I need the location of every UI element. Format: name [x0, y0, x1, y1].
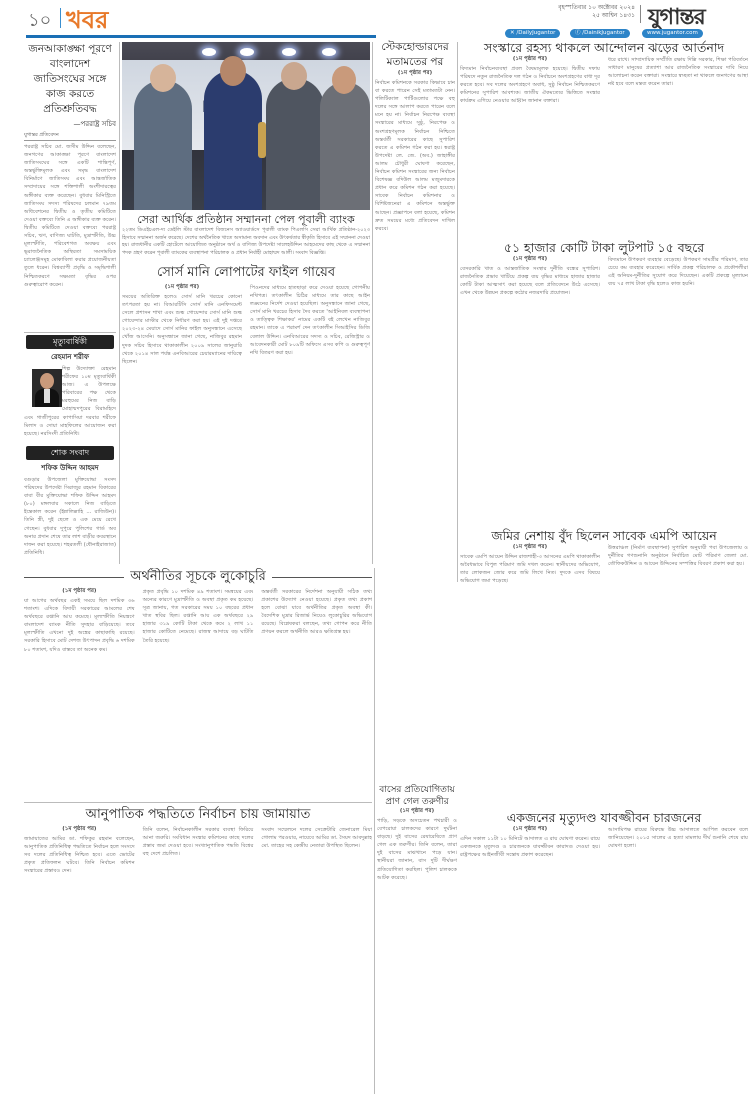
date-bengali: ২৫ আশ্বিন ১৪৩১ [535, 12, 635, 20]
masthead-rule [26, 35, 376, 38]
date-gregorian: বৃহস্পতিবার ১০ অক্টোবর ২০২৪ [535, 4, 635, 12]
article-bus-accident: বাসের প্রতিযোগিতায় প্রাণ গেল তরুণীর (১ম… [377, 784, 457, 924]
byline: যুগান্তর প্রতিবেদন [24, 132, 116, 141]
article-body-col2: ধরে রাখে। সাম্প্রদায়িক সম্প্রীতি রক্ষায… [608, 56, 748, 88]
obituary-name: রেহমান শরীফ [24, 351, 116, 363]
continued-label: (১ম পৃষ্ঠার পর) [24, 588, 135, 596]
continued-label: (১ম পৃষ্ঠার পর) [375, 70, 455, 78]
condolence-label: শোক সংবাদ [26, 446, 114, 460]
condolence-box: শোক সংবাদ শফিক উদ্দিন আহমদ বগুড়ার উপজেল… [24, 446, 116, 562]
article-body: পাড়ি, সড়কে অসচেতন পথচারী ও বেপরোয়া চা… [377, 817, 457, 882]
headline: আনুপাতিক পদ্ধতিতে নির্বাচন চায় জামায়াত [24, 806, 372, 824]
obituary-box: মৃত্যুবার্ষিকী রেহমান শরীফ শিল্প উদ্যোক্… [24, 335, 116, 440]
article-body-col1: সময়ের অতিরিক্ত হলেও সোর্স মানি খরচের কো… [122, 293, 242, 366]
caption-headline: সেরা আর্থিক প্রতিষ্ঠান সম্মাননা পেল পূবা… [122, 212, 370, 227]
article-body: পররাষ্ট্র সচিব মো. জসীম উদ্দিন বলেছেন, জ… [24, 143, 116, 289]
headline: অর্থনীতির সূচকে লুকোচুরি [130, 568, 266, 586]
condolence-body: বগুড়ার উপজেলা মুক্তিযোদ্ধা সংসদ পরিষদের… [24, 476, 116, 557]
article-body-col1: বিদ্যমান নির্বাচনব্যবস্থা প্রবল বৈষম্যমূ… [460, 65, 600, 105]
headline: জমির নেশায় বুঁদ ছিলেন সাবেক এমপি আয়েন [460, 528, 748, 544]
article-body-col2: আসামিপক্ষ রায়ের বিরুদ্ধে উচ্চ আদালতে আপ… [608, 826, 748, 850]
article-body-col2: প্রকৃত প্রবৃদ্ধি ১০ দশমিক ৪৯ শতাংশ। সমন্… [143, 588, 254, 645]
article-body-col1: সাবেক এমপি আয়েন উদ্দিন রাজশাহী-৩ আসনের … [460, 553, 600, 585]
continued-label: (১ম পৃষ্ঠার পর) [460, 256, 600, 264]
date-block: বৃহস্পতিবার ১০ অক্টোবর ২০২৪ ২৫ আশ্বিন ১৪… [535, 4, 635, 20]
continued-label: (১ম পৃষ্ঠার পর) [460, 826, 600, 834]
headline: বাসের প্রতিযোগিতায় প্রাণ গেল তরুণীর [377, 784, 457, 808]
article-life-sentence: একজনের মৃত্যুদণ্ড যাবজ্জীবন চারজনের (১ম … [460, 810, 748, 1094]
column-divider [457, 42, 458, 582]
article-source-money: সোর্স মানি লোপাটের ফাইল গায়েব (১ম পৃষ্ঠ… [122, 264, 370, 560]
photo-caption: সেরা আর্থিক প্রতিষ্ঠান সম্মাননা পেল পূবা… [122, 212, 370, 262]
headline: স্টেকহোল্ডারদের মতামতের পর [375, 40, 455, 70]
condolence-name: শফিক উদ্দিন আহমদ [24, 462, 116, 474]
masthead: ১০ খবর বৃহস্পতিবার ১০ অক্টোবর ২০২৪ ২৫ আশ… [0, 0, 748, 38]
obituary-label: মৃত্যুবার্ষিকী [26, 335, 114, 349]
article-body-col2: পিওনদের মাধ্যমে হাতছাড়া করে দেওয়া হয়ে… [250, 284, 370, 357]
article-body-col1: এদিন সকাল ১১টা ১০ মিনিটে আদালত এ রায় ঘো… [460, 835, 600, 859]
article-body-col1: বেসরকারি খাত ও আন্তর্জাতিক সংস্থার দুর্ন… [460, 265, 600, 297]
article-body-col2: তিনি বলেন, নির্বাচনকালীন সরকার ব্যবস্থা … [143, 826, 254, 858]
article-body-col1: যা আগের অর্থবছর একই সময়ে ছিল দশমিক ৩৬ শ… [24, 597, 135, 654]
caption-body: ২২তম ডিএইচএল-দ্য ডেইলি স্টার বাংলাদেশ বি… [122, 227, 370, 257]
divider [24, 332, 116, 333]
article-former-mp: জমির নেশায় বুঁদ ছিলেন সাবেক এমপি আয়েন … [460, 528, 748, 808]
article-body-col1: জামায়াতের আমির ডা. শফিকুর রহমান বলেছেন,… [24, 835, 135, 875]
page-number: ১০ [28, 6, 51, 37]
article-body-col3: অন্তর্বর্তী সরকারের নির্দেশনা অনুযায়ী স… [261, 588, 372, 637]
article-foreign-secretary: জনআকাঙ্ক্ষা পূরণে বাংলাদেশ জাতিসংঘের সঙ্… [24, 42, 116, 330]
award-photo: BANG [122, 42, 370, 210]
column-divider [119, 42, 120, 564]
continued-label: (১ম পৃষ্ঠার পর) [377, 808, 457, 816]
article-body-col2: উত্তরাঞ্চল (নির্মাণ ব্যবস্থাপনা) সুপারিশ… [608, 544, 748, 568]
portrait-photo [32, 369, 62, 407]
article-body-col3: সংবাদ সম্মেলনে দলের সেক্রেটারি জেনারেল ম… [261, 826, 372, 850]
article-reform: সংস্কারে রহস্য থাকলে আন্দোলন ঝড়ের আর্তন… [460, 40, 748, 240]
divider [24, 802, 372, 803]
continued-label: (১ম পৃষ্ঠার পর) [460, 56, 600, 64]
column-divider [372, 42, 373, 564]
continued-label: (১ম পৃষ্ঠার পর) [24, 826, 135, 834]
article-economy: অর্থনীতির সূচকে লুকোচুরি (১ম পৃষ্ঠার পর)… [24, 568, 372, 800]
website-link[interactable]: www.jugantor.com [642, 29, 703, 38]
brand-separator [640, 5, 641, 23]
attribution: —পররাষ্ট্র সচিব [24, 118, 116, 130]
headline: সংস্কারে রহস্য থাকলে আন্দোলন ঝড়ের আর্তন… [460, 40, 748, 56]
article-proportional: আনুপাতিক পদ্ধতিতে নির্বাচন চায় জামায়াত… [24, 806, 372, 1094]
continued-label: (১ম পৃষ্ঠার পর) [122, 284, 242, 292]
headline: ৫১ হাজার কোটি টাকা লুটপাট ১৫ বছরে [460, 240, 748, 256]
column-divider [374, 568, 375, 1094]
page-number-separator [60, 8, 61, 28]
headline: জনআকাঙ্ক্ষা পূরণে বাংলাদেশ জাতিসংঘের সঙ্… [24, 42, 116, 117]
article-body-col2: বিদ্যমানে উপকরণ ব্যবহার বেড়েছে। উপকরণ স… [608, 256, 748, 288]
facebook-link[interactable]: ⓕ /DainikJugantor [570, 29, 630, 38]
headline: সোর্স মানি লোপাটের ফাইল গায়েব [122, 264, 370, 282]
article-loot: ৫১ হাজার কোটি টাকা লুটপাট ১৫ বছরে (১ম পৃ… [460, 240, 748, 520]
trophy [258, 122, 266, 158]
article-body: নির্বাচন কমিশনকে সরকার কিভাবে চান বা করত… [375, 79, 455, 233]
headline: একজনের মৃত্যুদণ্ড যাবজ্জীবন চারজনের [460, 810, 748, 826]
twitter-link[interactable]: ✕ /DailyJugantor [505, 29, 560, 38]
article-stakeholders: স্টেকহোল্ডারদের মতামতের পর (১ম পৃষ্ঠার প… [375, 40, 455, 580]
continued-label: (১ম পৃষ্ঠার পর) [460, 544, 600, 552]
